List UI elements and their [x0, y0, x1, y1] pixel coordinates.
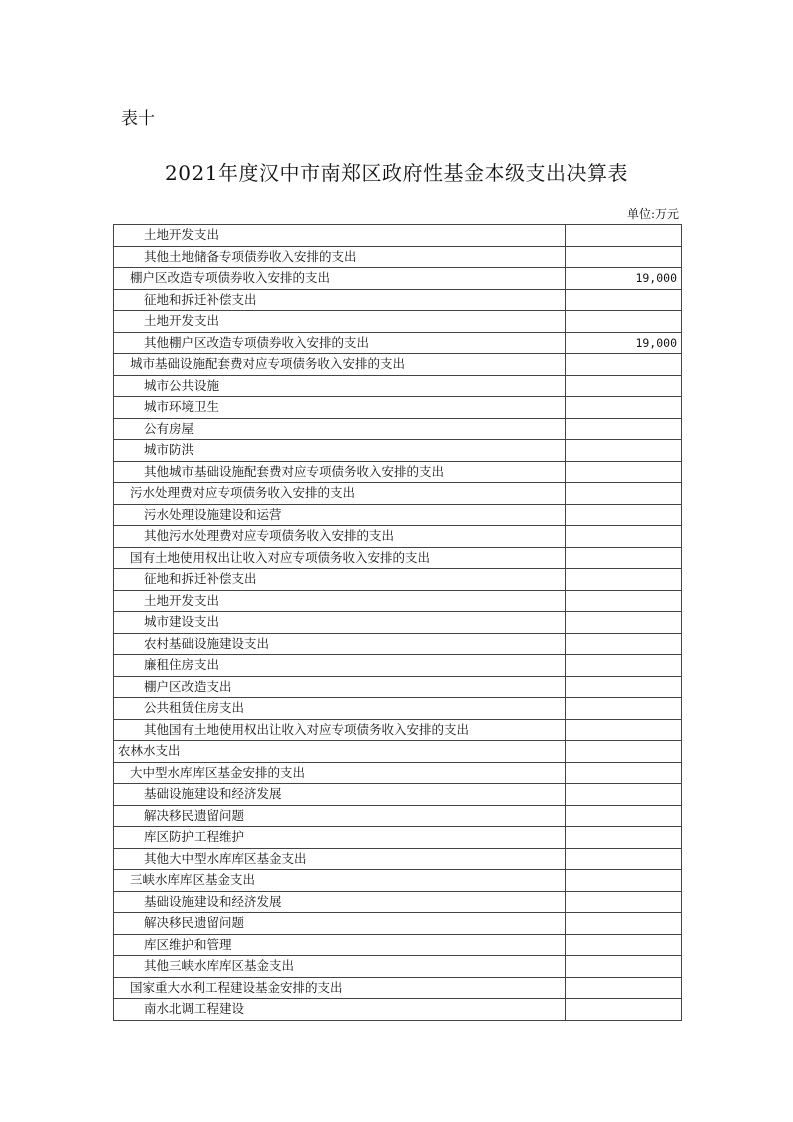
table-row: 城市防洪 — [114, 440, 682, 462]
amount-cell: 19,000 — [565, 268, 681, 290]
table-row: 城市环境卫生 — [114, 397, 682, 419]
item-name-cell: 南水北调工程建设 — [114, 999, 566, 1021]
table-row: 棚户区改造专项债券收入安排的支出19,000 — [114, 268, 682, 290]
amount-cell — [565, 934, 681, 956]
amount-cell — [565, 590, 681, 612]
item-name-cell: 征地和拆迁补偿支出 — [114, 569, 566, 591]
table-row: 土地开发支出 — [114, 311, 682, 333]
item-name-cell: 污水处理设施建设和运营 — [114, 504, 566, 526]
item-name-cell: 大中型水库库区基金安排的支出 — [114, 762, 566, 784]
page-title: 2021年度汉中市南郑区政府性基金本级支出决算表 — [0, 157, 793, 186]
amount-cell — [565, 311, 681, 333]
table-row: 国有土地使用权出让收入对应专项债务收入安排的支出 — [114, 547, 682, 569]
amount-cell — [565, 977, 681, 999]
table-row: 其他国有土地使用权出让收入对应专项债务收入安排的支出 — [114, 719, 682, 741]
table-row: 城市建设支出 — [114, 612, 682, 634]
item-name-cell: 其他国有土地使用权出让收入对应专项债务收入安排的支出 — [114, 719, 566, 741]
item-name-cell: 基础设施建设和经济发展 — [114, 784, 566, 806]
item-name-cell: 其他污水处理费对应专项债务收入安排的支出 — [114, 526, 566, 548]
item-name-cell: 城市公共设施 — [114, 375, 566, 397]
item-name-cell: 公共租赁住房支出 — [114, 698, 566, 720]
table-row: 大中型水库库区基金安排的支出 — [114, 762, 682, 784]
table-body: 土地开发支出其他土地储备专项债券收入安排的支出棚户区改造专项债券收入安排的支出1… — [114, 225, 682, 1021]
table-row: 其他污水处理费对应专项债务收入安排的支出 — [114, 526, 682, 548]
table-row: 城市基础设施配套费对应专项债务收入安排的支出 — [114, 354, 682, 376]
table-row: 国家重大水利工程建设基金安排的支出 — [114, 977, 682, 999]
item-name-cell: 土地开发支出 — [114, 590, 566, 612]
amount-cell — [565, 762, 681, 784]
item-name-cell: 解决移民遗留问题 — [114, 805, 566, 827]
item-name-cell: 农村基础设施建设支出 — [114, 633, 566, 655]
amount-cell — [565, 655, 681, 677]
table-row: 库区维护和管理 — [114, 934, 682, 956]
table-row: 公有房屋 — [114, 418, 682, 440]
item-name-cell: 解决移民遗留问题 — [114, 913, 566, 935]
table-row: 基础设施建设和经济发展 — [114, 784, 682, 806]
amount-cell — [565, 504, 681, 526]
table-row: 征地和拆迁补偿支出 — [114, 569, 682, 591]
table-row: 其他城市基础设施配套费对应专项债务收入安排的支出 — [114, 461, 682, 483]
item-name-cell: 三峡水库库区基金支出 — [114, 870, 566, 892]
table-row: 棚户区改造支出 — [114, 676, 682, 698]
table-row: 其他三峡水库库区基金支出 — [114, 956, 682, 978]
item-name-cell: 廉租住房支出 — [114, 655, 566, 677]
item-name-cell: 城市防洪 — [114, 440, 566, 462]
item-name-cell: 征地和拆迁补偿支出 — [114, 289, 566, 311]
item-name-cell: 农林水支出 — [114, 741, 566, 763]
item-name-cell: 土地开发支出 — [114, 225, 566, 247]
item-name-cell: 其他城市基础设施配套费对应专项债务收入安排的支出 — [114, 461, 566, 483]
amount-cell — [565, 461, 681, 483]
amount-cell — [565, 418, 681, 440]
amount-cell — [565, 827, 681, 849]
table-row: 公共租赁住房支出 — [114, 698, 682, 720]
table-row: 其他棚户区改造专项债券收入安排的支出19,000 — [114, 332, 682, 354]
table-row: 农村基础设施建设支出 — [114, 633, 682, 655]
amount-cell — [565, 375, 681, 397]
amount-cell — [565, 913, 681, 935]
amount-cell — [565, 289, 681, 311]
item-name-cell: 城市基础设施配套费对应专项债务收入安排的支出 — [114, 354, 566, 376]
table-row: 解决移民遗留问题 — [114, 805, 682, 827]
item-name-cell: 其他三峡水库库区基金支出 — [114, 956, 566, 978]
amount-cell — [565, 719, 681, 741]
item-name-cell: 污水处理费对应专项债务收入安排的支出 — [114, 483, 566, 505]
amount-cell — [565, 397, 681, 419]
table-row: 廉租住房支出 — [114, 655, 682, 677]
table-row: 其他土地储备专项债券收入安排的支出 — [114, 246, 682, 268]
amount-cell — [565, 569, 681, 591]
item-name-cell: 城市建设支出 — [114, 612, 566, 634]
table-row: 城市公共设施 — [114, 375, 682, 397]
item-name-cell: 库区维护和管理 — [114, 934, 566, 956]
table-row: 污水处理设施建设和运营 — [114, 504, 682, 526]
amount-cell — [565, 526, 681, 548]
amount-cell — [565, 547, 681, 569]
table-row: 三峡水库库区基金支出 — [114, 870, 682, 892]
amount-cell — [565, 870, 681, 892]
table-row: 解决移民遗留问题 — [114, 913, 682, 935]
item-name-cell: 棚户区改造支出 — [114, 676, 566, 698]
amount-cell — [565, 225, 681, 247]
amount-cell: 19,000 — [565, 332, 681, 354]
amount-cell — [565, 848, 681, 870]
item-name-cell: 城市环境卫生 — [114, 397, 566, 419]
amount-cell — [565, 784, 681, 806]
amount-cell — [565, 805, 681, 827]
table-row: 基础设施建设和经济发展 — [114, 891, 682, 913]
table-row: 库区防护工程维护 — [114, 827, 682, 849]
amount-cell — [565, 483, 681, 505]
item-name-cell: 土地开发支出 — [114, 311, 566, 333]
amount-cell — [565, 612, 681, 634]
item-name-cell: 其他棚户区改造专项债券收入安排的支出 — [114, 332, 566, 354]
amount-cell — [565, 676, 681, 698]
table-row: 污水处理费对应专项债务收入安排的支出 — [114, 483, 682, 505]
table-row: 土地开发支出 — [114, 590, 682, 612]
item-name-cell: 国有土地使用权出让收入对应专项债务收入安排的支出 — [114, 547, 566, 569]
table-row: 南水北调工程建设 — [114, 999, 682, 1021]
amount-cell — [565, 440, 681, 462]
item-name-cell: 库区防护工程维护 — [114, 827, 566, 849]
amount-cell — [565, 891, 681, 913]
item-name-cell: 其他大中型水库库区基金支出 — [114, 848, 566, 870]
amount-cell — [565, 354, 681, 376]
item-name-cell: 其他土地储备专项债券收入安排的支出 — [114, 246, 566, 268]
amount-cell — [565, 698, 681, 720]
amount-cell — [565, 633, 681, 655]
table-row: 农林水支出 — [114, 741, 682, 763]
amount-cell — [565, 999, 681, 1021]
unit-label: 单位:万元 — [627, 205, 679, 222]
table-row: 土地开发支出 — [114, 225, 682, 247]
item-name-cell: 棚户区改造专项债券收入安排的支出 — [114, 268, 566, 290]
item-name-cell: 基础设施建设和经济发展 — [114, 891, 566, 913]
table-label: 表十 — [121, 104, 155, 129]
item-name-cell: 国家重大水利工程建设基金安排的支出 — [114, 977, 566, 999]
table-row: 其他大中型水库库区基金支出 — [114, 848, 682, 870]
expenditure-table: 土地开发支出其他土地储备专项债券收入安排的支出棚户区改造专项债券收入安排的支出1… — [113, 224, 682, 1021]
table-row: 征地和拆迁补偿支出 — [114, 289, 682, 311]
amount-cell — [565, 246, 681, 268]
item-name-cell: 公有房屋 — [114, 418, 566, 440]
amount-cell — [565, 741, 681, 763]
amount-cell — [565, 956, 681, 978]
